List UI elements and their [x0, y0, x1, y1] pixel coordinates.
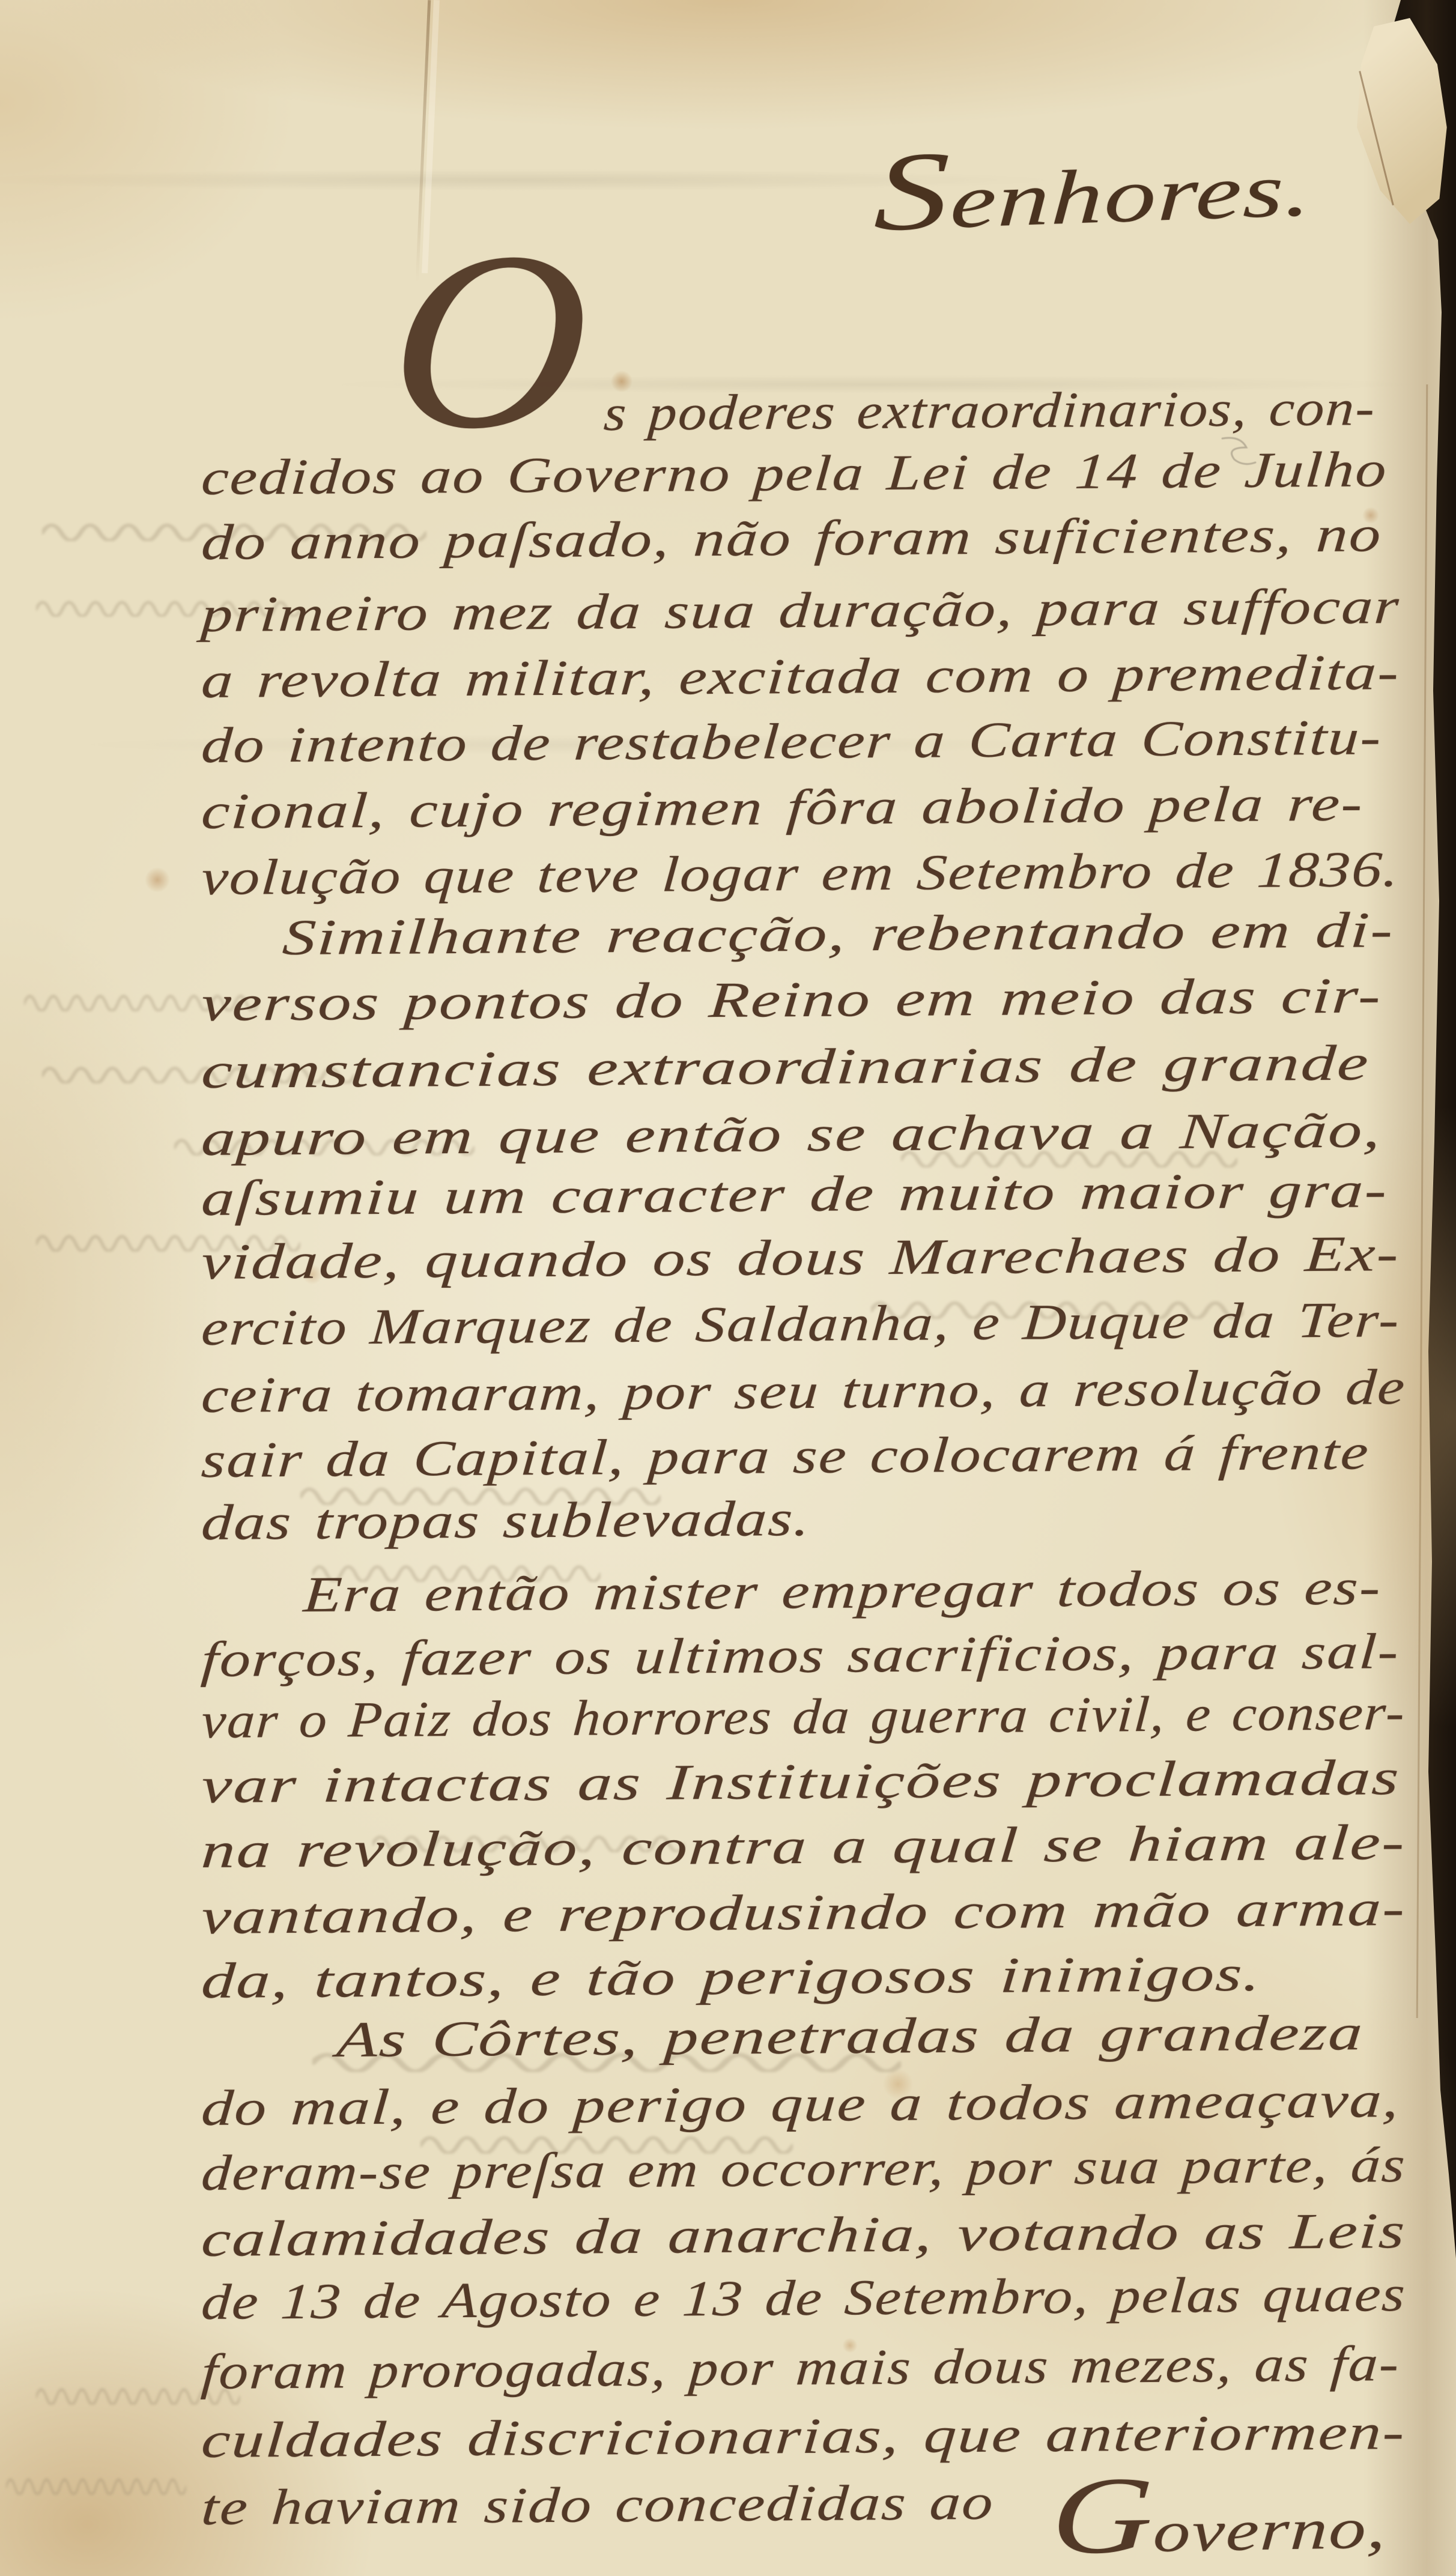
manuscript-line: ercito Marquez de Saldanha, e Duque da T…: [200, 1294, 1402, 1355]
manuscript-line: var o Paiz dos horrores da guerra civil,…: [200, 1687, 1407, 1748]
manuscript-line: de 13 de Agosto e 13 de Setembro, pelas …: [200, 2268, 1408, 2329]
manuscript-line: te haviam sido concedidas ao: [200, 2476, 996, 2535]
manuscript-line: do intento de restabelecer a Carta Const…: [200, 711, 1384, 772]
manuscript-line: da, tantos, e tão perigosos inimigos.: [200, 1948, 1264, 2008]
manuscript-line: na revolução, contra a qual se hiam ale-: [200, 1816, 1407, 1877]
manuscript-line: vidade, quando os dous Marechaes do Ex-: [200, 1228, 1401, 1289]
manuscript-line: s poderes extraordinarios, con-: [602, 382, 1378, 440]
manuscript-line: primeiro mez da sua duração, para suffoc…: [200, 580, 1402, 641]
manuscript-line: vantando, e reprodusindo com mão arma-: [200, 1882, 1408, 1944]
manuscript-line: apuro em que então se achava a Nação,: [200, 1104, 1384, 1165]
manuscript-line: cedidos ao Governo pela Lei de 14 de Jul…: [200, 443, 1389, 505]
manuscript-line: deram-se preſsa em occorrer, por sua par…: [200, 2139, 1408, 2200]
manuscript-line: do anno paſsado, não foram suficientes, …: [200, 508, 1384, 569]
manuscript-line: cumstancias extraordinarias de grande: [200, 1037, 1371, 1098]
closing-word-governo: Governo,: [1049, 2453, 1391, 2575]
manuscript-line: sair da Capital, para se colocarem á fre…: [200, 1426, 1371, 1487]
manuscript-line: a revolta militar, excitada com o premed…: [200, 646, 1402, 708]
manuscript-scan-page: Senhores. O s poderes extraordinarios, c…: [0, 0, 1456, 2576]
manuscript-line: aſsumiu um caracter de muito maior gra-: [200, 1164, 1390, 1225]
manuscript-line: Similhante reacção, rebentando em di-: [281, 904, 1396, 965]
illuminated-initial-O: O: [388, 242, 593, 438]
manuscript-line: Era então mister empregar todos os es-: [302, 1561, 1383, 1622]
manuscript-line: do mal, e do perigo que a todos ameaçava…: [200, 2074, 1402, 2135]
manuscript-line: forços, fazer os ultimos sacrificios, pa…: [200, 1625, 1401, 1687]
manuscript-line: das tropas sublevadas.: [200, 1493, 813, 1550]
manuscript-line: volução que teve logar em Setembro de 18…: [200, 843, 1401, 905]
manuscript-line: ceira tomaram, por seu turno, a resoluçã…: [200, 1361, 1408, 1422]
manuscript-line: As Côrtes, penetradas da grandeza: [335, 2007, 1365, 2067]
manuscript-line: versos pontos do Reino em meio das cir-: [200, 969, 1384, 1031]
manuscript-line: var intactas as Instituições proclamadas: [200, 1751, 1402, 1813]
manuscript-line: foram prorogadas, por mais dous mezes, a…: [200, 2338, 1402, 2399]
manuscript-line: calamidades da anarchia, votando as Leis: [200, 2205, 1408, 2266]
manuscript-heading: Senhores.: [872, 120, 1315, 252]
manuscript-line: cional, cujo regimen fôra abolido pela r…: [200, 777, 1365, 838]
